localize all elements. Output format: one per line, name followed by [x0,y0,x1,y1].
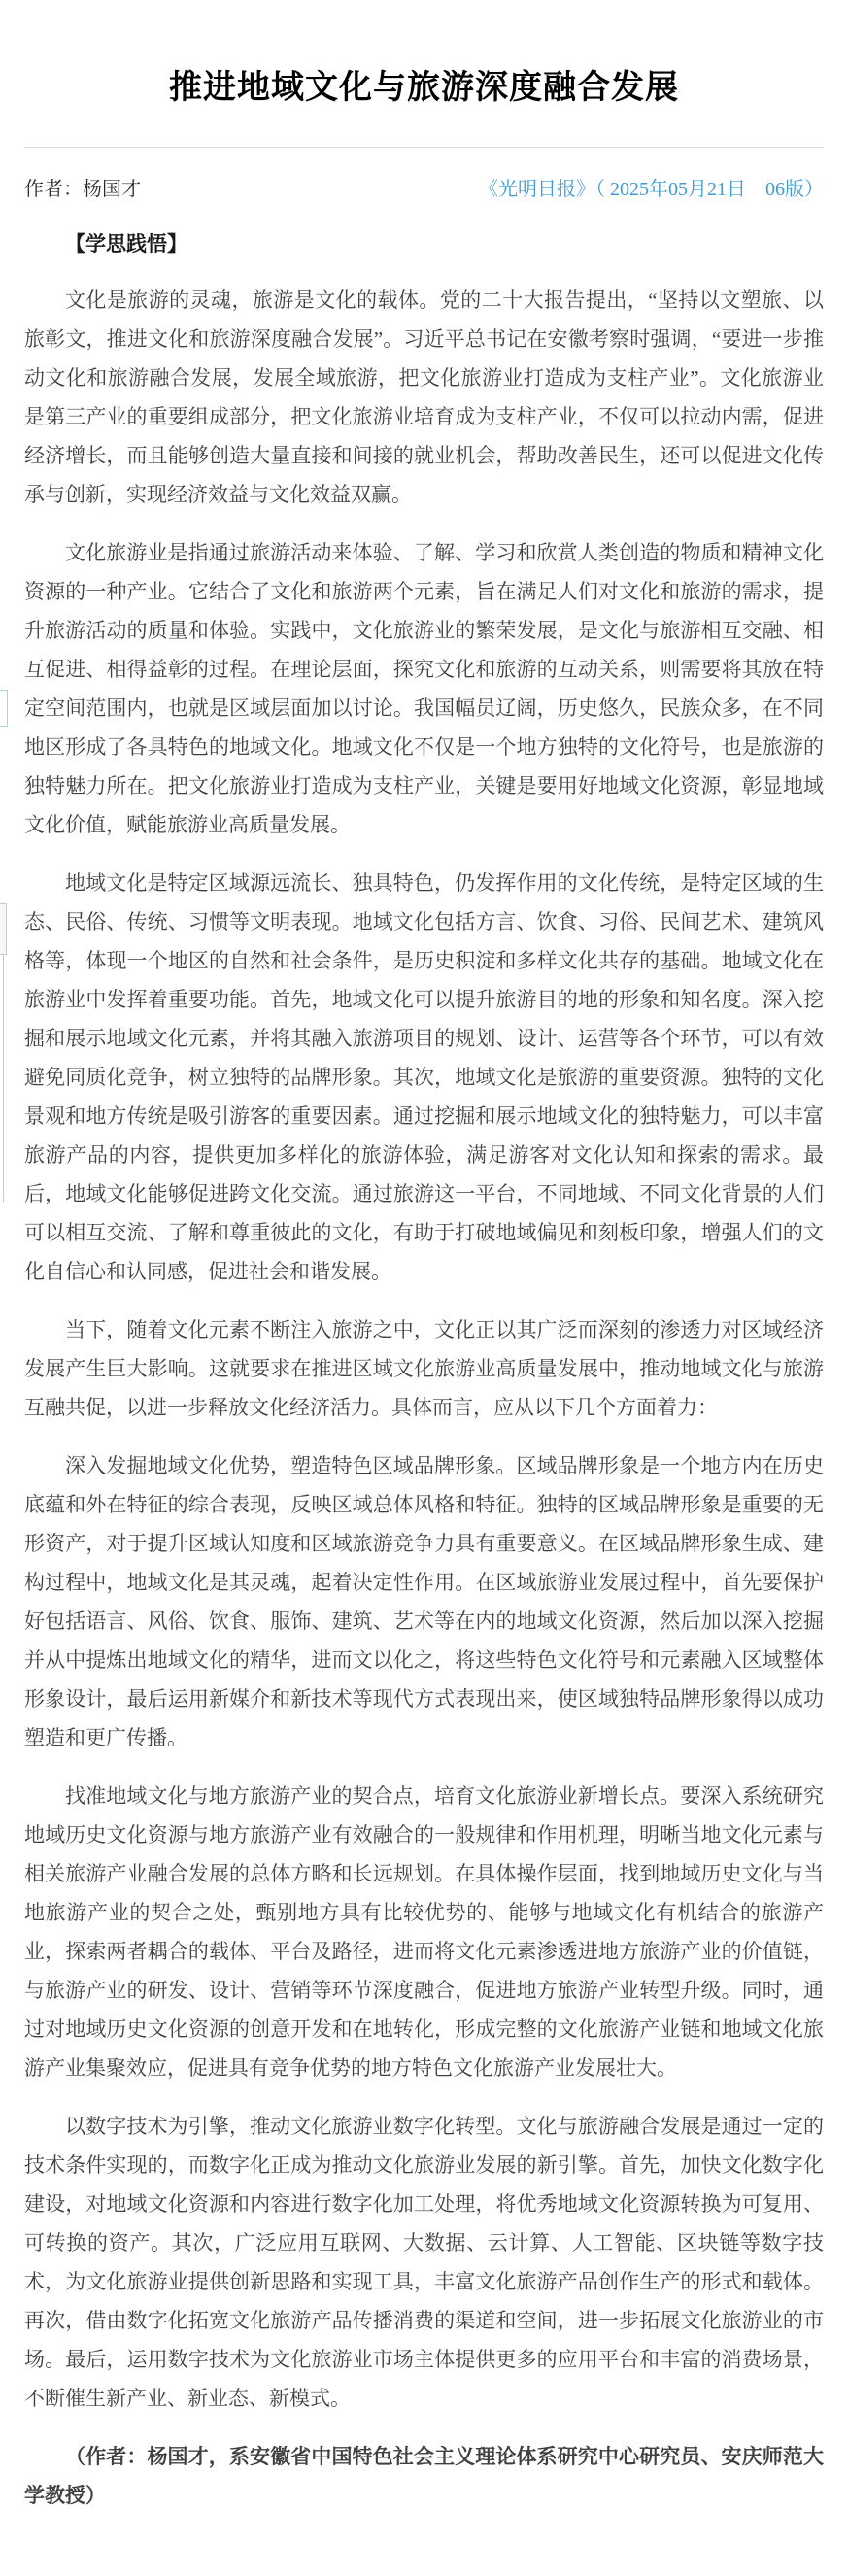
clipped-side-widget[interactable] [0,690,8,727]
section-tag: 【学思践悟】 [24,228,824,257]
title-divider [24,147,824,148]
byline-author: 作者：杨国才 [24,173,141,201]
author-footnote: （作者：杨国才，系安徽省中国特色社会主义理论体系研究中心研究员、安庆师范大学教授… [24,2437,824,2515]
page-title: 推进地域文化与旅游深度融合发展 [24,0,824,108]
clipped-side-line [3,955,4,1203]
byline-source: 《光明日报》（ 2025年05月21日 06版） [479,173,824,201]
paragraph: 找准地域文化与地方旅游产业的契合点，培育文化旅游业新增长点。要深入系统研究地域历… [24,1777,824,2087]
paragraph: 地域文化是特定区域源远流长、独具特色，仍发挥作用的文化传统，是特定区域的生态、民… [24,864,824,1291]
paragraph: 当下，随着文化元素不断注入旅游之中，文化正以其广泛而深刻的渗透力对区域经济发展产… [24,1310,824,1427]
byline: 作者：杨国才 《光明日报》（ 2025年05月21日 06版） [24,173,824,201]
article-body: 文化是旅游的灵魂，旅游是文化的载体。党的二十大报告提出，“坚持以文塑旅、以旅彰文… [24,281,824,2515]
paragraph: 深入发掘地域文化优势，塑造特色区域品牌形象。区域品牌形象是一个地方内在历史底蕴和… [24,1446,824,1757]
paragraph: 以数字技术为引擎，推动文化旅游业数字化转型。文化与旅游融合发展是通过一定的技术条… [24,2107,824,2418]
clipped-side-widget[interactable] [0,903,7,955]
article-page: 推进地域文化与旅游深度融合发展 作者：杨国才 《光明日报》（ 2025年05月2… [0,0,848,2515]
paragraph: 文化旅游业是指通过旅游活动来体验、了解、学习和欣赏人类创造的物质和精神文化资源的… [24,533,824,844]
paragraph: 文化是旅游的灵魂，旅游是文化的载体。党的二十大报告提出，“坚持以文塑旅、以旅彰文… [24,281,824,514]
